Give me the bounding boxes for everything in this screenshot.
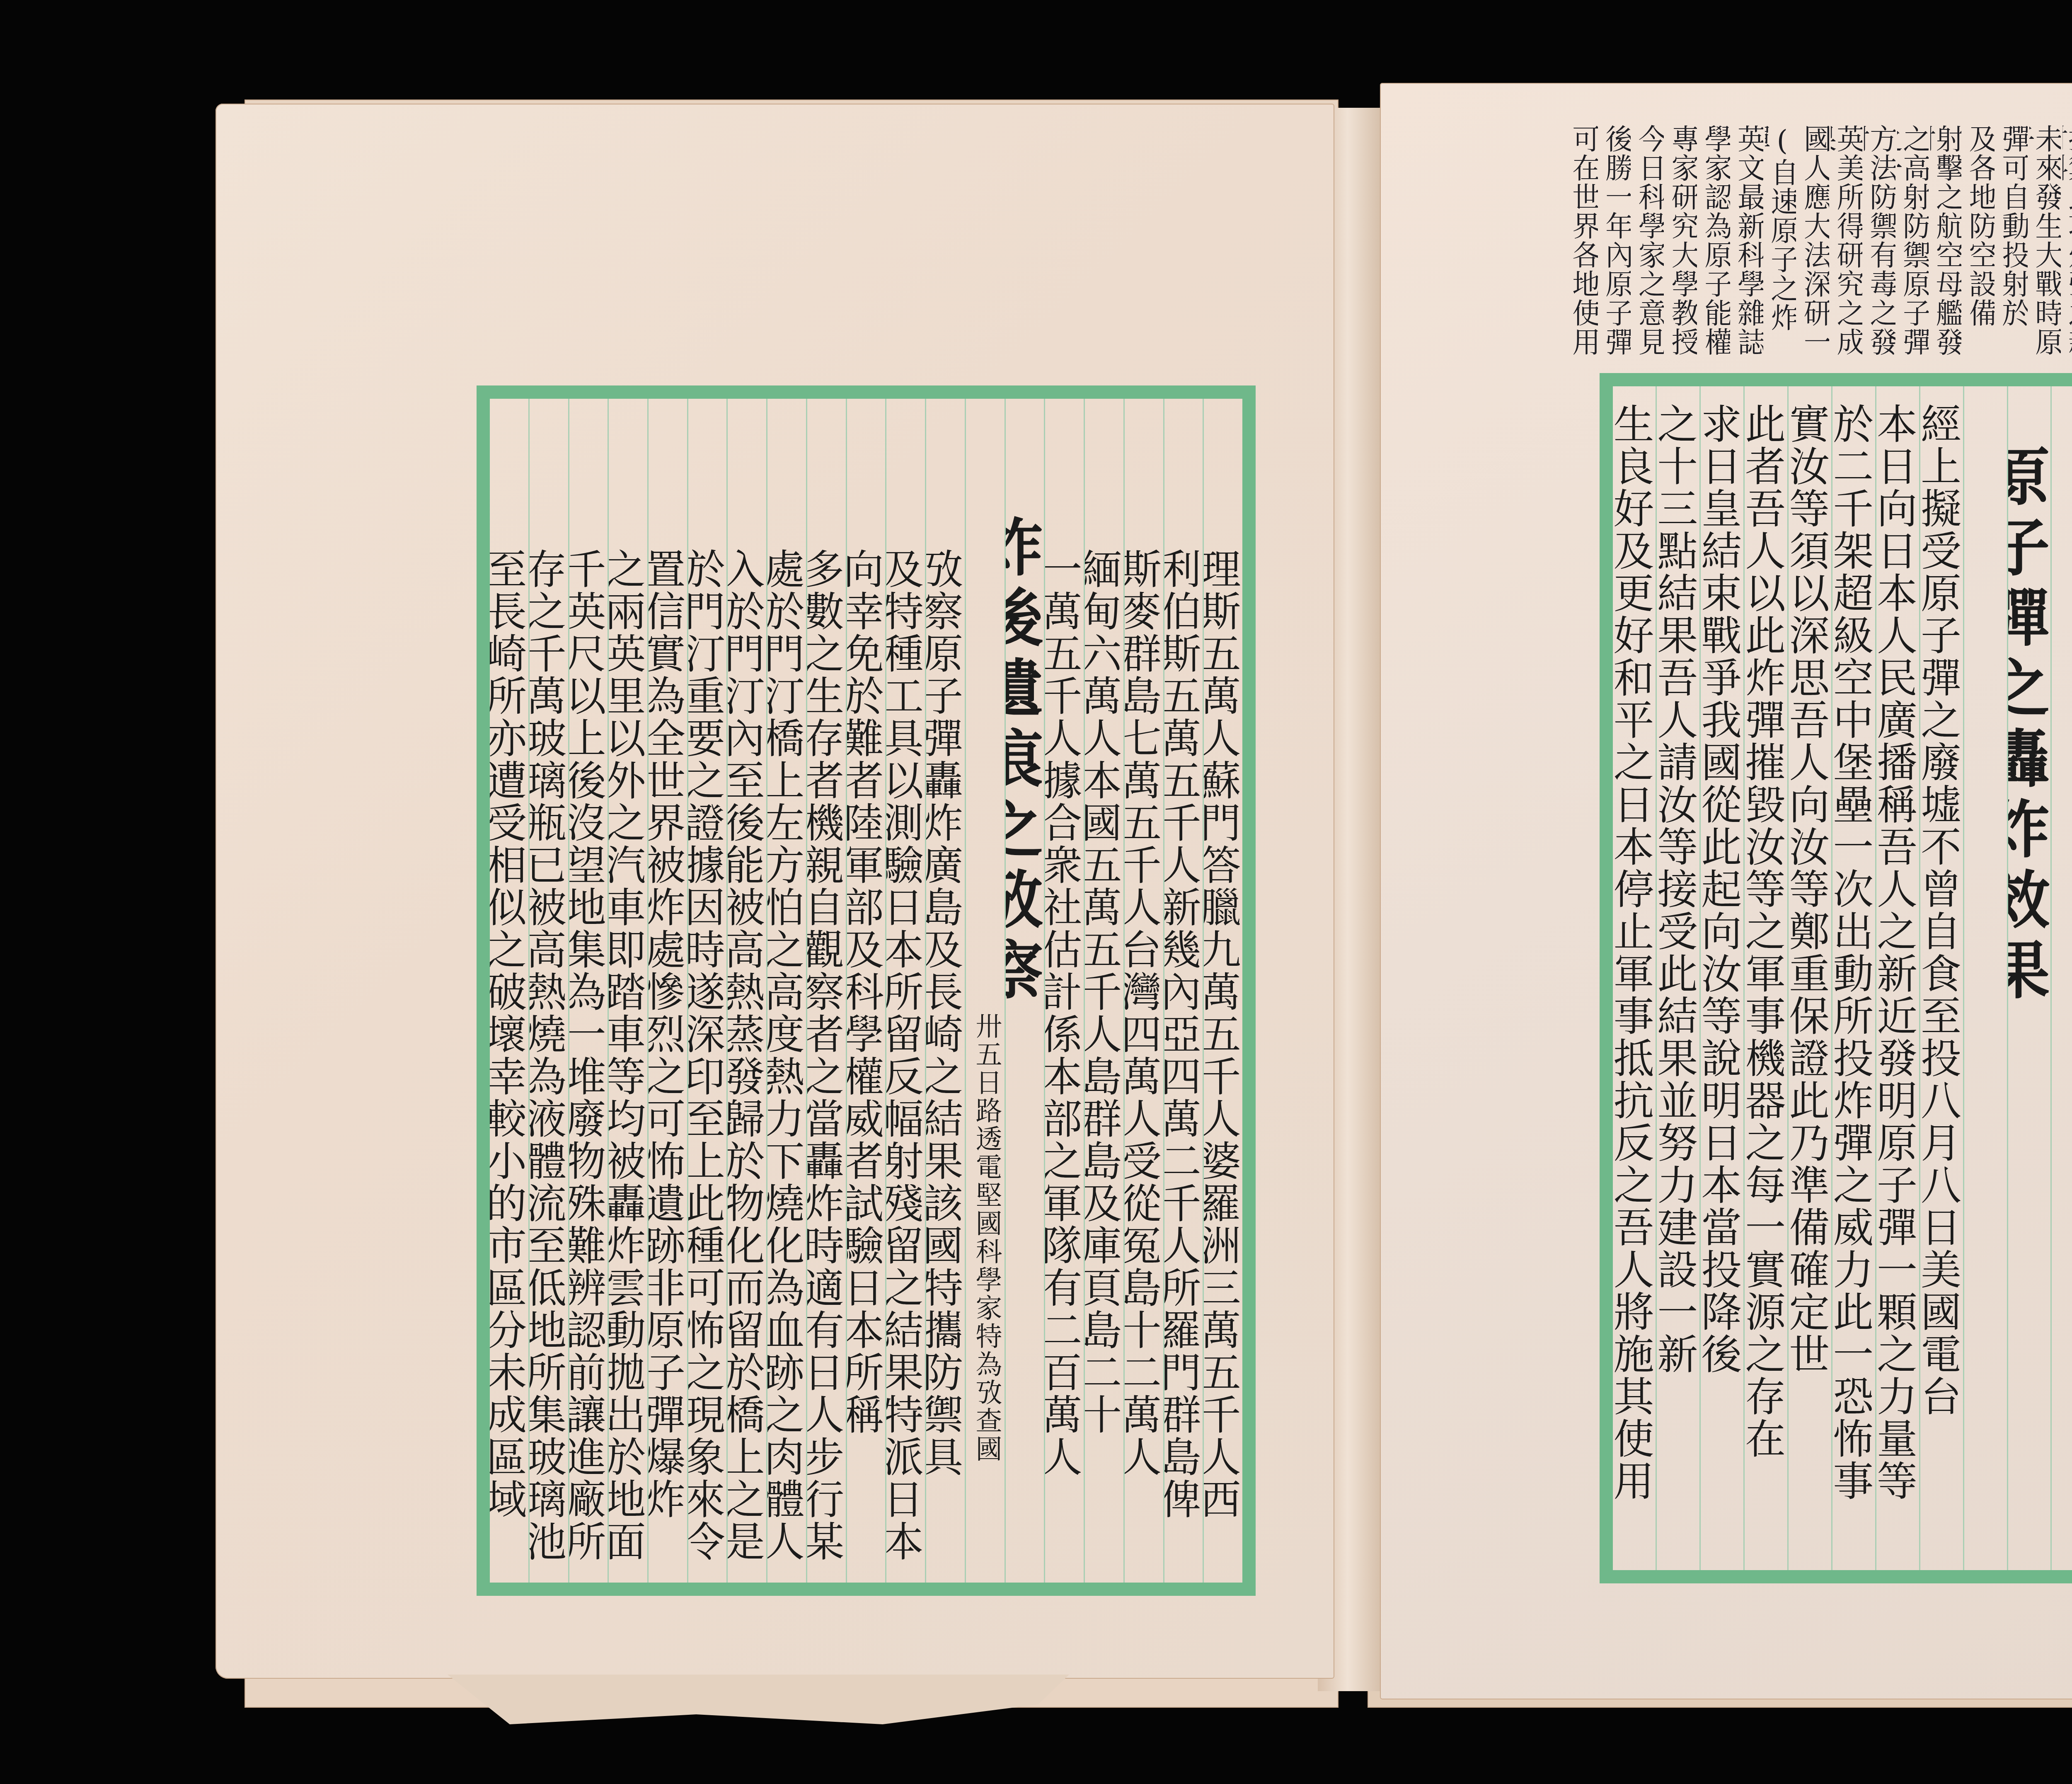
- left-page-subtitle-note: 卅五日路透電堅國科學家特為攷查國: [965, 399, 1005, 1583]
- margin-note-column: 英文最新科學雜誌: [1732, 124, 1763, 381]
- text-column: 之十三點結果吾人請汝等接受此結果並努力建設一新: [1656, 386, 1699, 1570]
- torn-page-edges: [448, 1675, 1069, 1724]
- text-column: 入於門汀內至後能被高熱蒸發歸於物化而留於橋上之是亦於: [726, 399, 766, 1583]
- margin-note-column: 彈可自動投射於: [1996, 124, 2028, 381]
- margin-note-column: 射擊之航空母艦發射: [1930, 124, 1962, 381]
- text-column: 攷察原子彈轟炸廣島及長崎之結果該國特攜防禦具: [925, 399, 965, 1583]
- text-column: 一萬五千人據合衆社估計係本部之軍隊有二百萬人: [1044, 399, 1084, 1583]
- margin-note-column: 未來發生大戰時原子: [2029, 124, 2061, 381]
- text-column: 生良好及更好和平之日本停止軍事抵抗反之吾人將施其使用: [1613, 386, 1656, 1570]
- text-column: 存之千萬玻璃瓶已被高熱燒為液體流至低地所集玻璃池: [528, 399, 568, 1583]
- margin-note-column: 及各地防空設備: [1963, 124, 1995, 381]
- text-column: 此者吾人以此炸彈摧毀汝等之軍事機器之每一實源之存在: [1743, 386, 1787, 1570]
- text-column: 經上擬受原子彈之廢墟不曾自食至投八月八日美國電台: [1919, 386, 1963, 1570]
- right-page-margin-notes: 原子炸彈係由極 強氣壓所發生之原子能量 爆炸殘餘之空氣中仍可 不能保存原因所致 …: [1566, 124, 2072, 381]
- left-page-columns: 理斯五萬人蘇門答臘九萬五千人婆羅洲三萬五千人西 利伯斯五萬五千人新幾內亞四萬二千…: [490, 399, 1242, 1583]
- text-column: 本日向日本人民廣播稱吾人之新近發明原子彈一顆之力量等: [1875, 386, 1919, 1570]
- text-column: 置信實為全世界被炸處慘烈之可怖遺跡非原子彈爆炸: [647, 399, 687, 1583]
- margin-note-column: 學家認為原子能權: [1699, 124, 1730, 381]
- text-column: 處於門汀橋上左方怕之高度熱力下燒化為血跡之肉體人是因以跡: [766, 399, 806, 1583]
- empty-column: [1963, 386, 2007, 1570]
- margin-note-column: 抵禦此項炸彈之新材料: [2062, 124, 2072, 381]
- margin-note-column: 國人應大法深研一: [1798, 124, 1829, 381]
- text-column: 斯麥群島七萬五千人台灣四萬人受從冤島十二萬人: [1123, 399, 1163, 1583]
- text-column: 於門汀重要之證據因時遂深印至上此種可怖之現象來令人難於: [687, 399, 727, 1583]
- left-page-ruled-frame: 理斯五萬人蘇門答臘九萬五千人婆羅洲三萬五千人西 利伯斯五萬五千人新幾內亞四萬二千…: [477, 385, 1256, 1596]
- text-column: 利伯斯五萬五千人新幾內亞四萬二千人所羅門群島俾: [1163, 399, 1203, 1583]
- text-column: 於二千架超級空中堡壘一次出動所投炸彈之威力此一恐怖事: [1831, 386, 1875, 1570]
- margin-note-column: 專家研究大學教授: [1665, 124, 1697, 381]
- left-page-title: 炸後遺痕之攷察: [1005, 399, 1044, 1583]
- margin-note-column: 方法防禦有毒之發射: [1864, 124, 1895, 381]
- text-column: 及特種工具以測驗日本所留反幅射殘留之結果特派日本: [885, 399, 925, 1583]
- text-column: 千英尺以上後沒望地集為一堆廢物殊難辨認前讓進廠所: [568, 399, 608, 1583]
- text-column: 求日皇結束戰爭我國從此起向汝等說明日本當投降後: [1699, 386, 1743, 1570]
- margin-note-column: (自速原子之炸彈): [1765, 124, 1796, 381]
- text-column: 至長崎所亦遭受相似之破壞幸較小的市區分未成區域: [490, 399, 528, 1583]
- margin-note-column: 後勝一年內原子彈: [1600, 124, 1631, 381]
- margin-note-column: 可在世界各地使用: [1566, 124, 1598, 381]
- empty-column: [2050, 386, 2072, 1570]
- text-column: 多數之生存者機親自觀察者之當轟炸時適有日人步行某: [806, 399, 846, 1583]
- text-column: 緬甸六萬人本國五萬五千人島群島及庫頁島二十: [1084, 399, 1123, 1583]
- text-column: 之兩英里以外之汽車即踏車等均被轟炸雲動拋出於地面: [608, 399, 647, 1583]
- text-column: 向幸免於難者陸軍部及科學權威者試驗日本所稱: [846, 399, 886, 1583]
- right-page-columns: 火酸所掩蔽為分鐘後未有甚少之綠呼即升抵同溫層等於七百萬 磅之煤熱力廣島之被炸所有…: [1613, 386, 2072, 1570]
- text-column: 理斯五萬人蘇門答臘九萬五千人婆羅洲三萬五千人西: [1203, 399, 1242, 1583]
- margin-note-column: 今日科學家之意見: [1632, 124, 1664, 381]
- text-column: 實汝等須以深思吾人向汝等鄭重保證此乃準備確定世: [1787, 386, 1831, 1570]
- right-page-ruled-frame: 火酸所掩蔽為分鐘後未有甚少之綠呼即升抵同溫層等於七百萬 磅之煤熱力廣島之被炸所有…: [1600, 373, 2072, 1583]
- right-page-title: 原子彈之轟炸效果: [2007, 386, 2051, 1570]
- margin-note-column: 英美所得研究之成果: [1831, 124, 1862, 381]
- margin-note-column: 之高射防禦原子彈之一: [1897, 124, 1929, 381]
